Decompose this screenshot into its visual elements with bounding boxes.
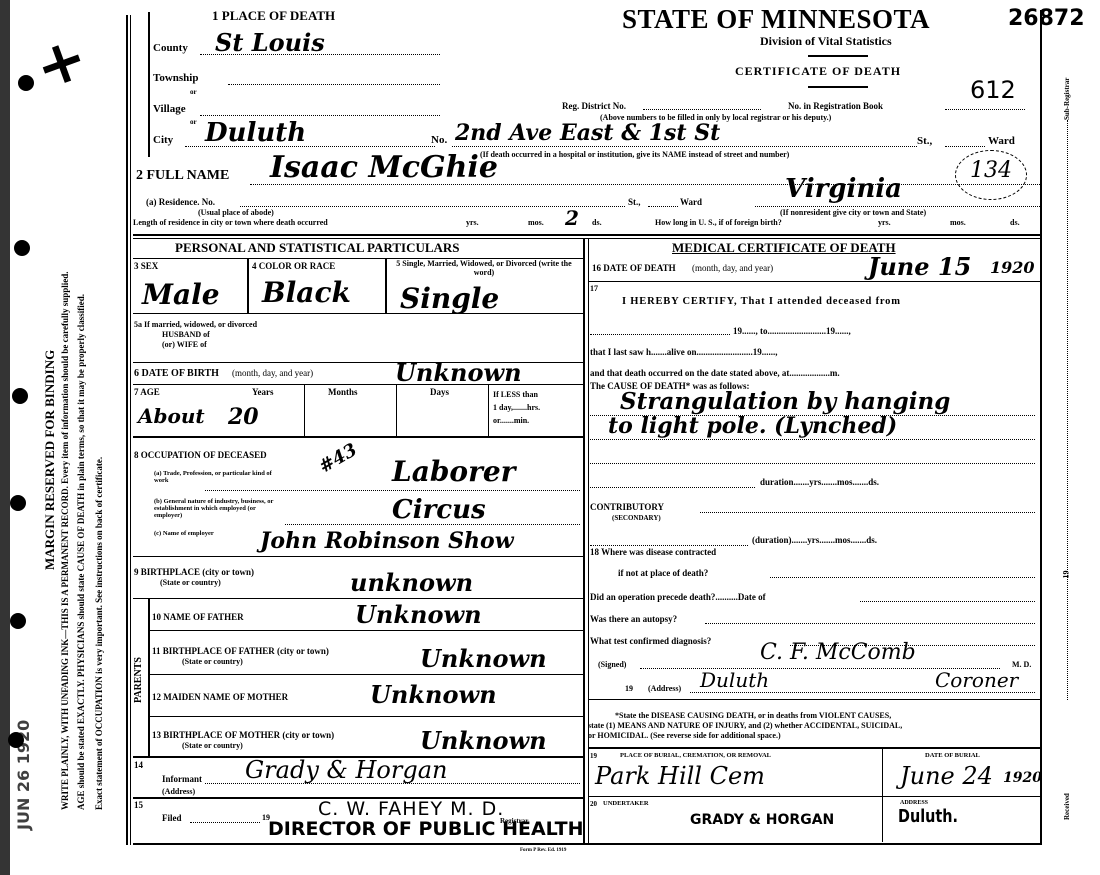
undertaker-address-value[interactable]: Duluth. [898, 806, 958, 827]
contributory-sub: (SECONDARY) [612, 514, 661, 522]
county-value[interactable]: St Louis [215, 28, 325, 57]
occ-b-value[interactable]: Circus [392, 495, 486, 525]
binding-hole [14, 240, 30, 256]
length-ds-label: ds. [592, 218, 602, 227]
mother-birth-sub: (State or country) [182, 741, 243, 750]
birthplace-sub: (State or country) [160, 578, 221, 587]
cause-line-2-rule [590, 439, 1035, 440]
state-title: STATE OF MINNESOTA [622, 4, 930, 35]
where-contracted-label: 18 Where was disease contracted [590, 547, 716, 557]
where-contracted-field[interactable] [770, 577, 1035, 578]
race-label: 4 COLOR OR RACE [252, 261, 335, 271]
sex-label: 3 SEX [134, 261, 158, 271]
divider [133, 556, 583, 557]
age-years-label: Years [252, 387, 274, 397]
divider [589, 796, 1040, 797]
binding-hole [10, 613, 26, 629]
from-to-line: 19......, to..........................19… [733, 326, 851, 336]
mother-name-label: 12 MAIDEN NAME OF MOTHER [152, 692, 288, 702]
residence-label: (a) Residence. No. [146, 197, 215, 207]
contributory-field[interactable] [700, 512, 1035, 513]
residence-ward-label: Ward [680, 197, 702, 207]
duration-2-field[interactable] [590, 545, 748, 546]
item-17-num: 17 [590, 284, 598, 293]
mother-name-value[interactable]: Unknown [370, 680, 497, 709]
cause-line-1[interactable]: Strangulation by hanging [620, 388, 950, 415]
divider [589, 699, 1040, 700]
margin-instruction-3: Exact statement of OCCUPATION is very im… [94, 20, 104, 810]
margin-instruction-2: AGE should be stated EXACTLY. PHYSICIANS… [76, 20, 86, 810]
occ-c-value[interactable]: John Robinson Show [260, 528, 514, 554]
how-long-us-label: How long in U. S., if of foreign birth? [655, 218, 782, 227]
dob-sub: (month, day, and year) [232, 368, 313, 378]
street-st-label: St., [917, 135, 932, 147]
nonresident-note: (If nonresident give city or town and St… [780, 208, 926, 217]
residence-st-label: St., [628, 197, 641, 207]
county-label: County [153, 42, 188, 54]
less-than-3: or.......min. [493, 416, 529, 425]
cause-line-3-rule [590, 463, 1035, 464]
reg-book-field[interactable] [945, 109, 1025, 110]
circled-number: 134 [970, 158, 1012, 183]
spouse-label-1: 5a If married, widowed, or divorced [134, 320, 257, 329]
footnote-3: or HOMICIDAL. (See reverse side for addi… [588, 731, 781, 740]
residence-city-line [755, 206, 1040, 207]
right-margin-line [1067, 120, 1068, 700]
address-value[interactable]: Duluth [700, 668, 769, 692]
divider [148, 674, 583, 675]
burial-date-year[interactable]: 1920 [1003, 770, 1042, 786]
filed-field[interactable] [190, 822, 260, 823]
burial-date-label: DATE OF BURIAL [925, 752, 980, 759]
father-birth-sub: (State or country) [182, 657, 243, 666]
divider [133, 598, 583, 599]
informant-num: 14 [134, 760, 143, 770]
divider [133, 313, 583, 314]
burial-place-label: PLACE OF BURIAL, CREMATION, OR REMOVAL [620, 752, 771, 759]
divider [396, 384, 397, 436]
burial-place-value[interactable]: Park Hill Cem [595, 762, 765, 790]
column-divider-2 [588, 238, 589, 843]
reg-book-label: No. in Registration Book [788, 101, 883, 111]
occupation-label: 8 OCCUPATION OF DECEASED [134, 450, 267, 460]
binding-hole [18, 75, 34, 91]
registrar-label: Registrar [500, 817, 528, 825]
undertaker-label: UNDERTAKER [603, 800, 649, 807]
occupation-note: #43 [315, 439, 360, 477]
usual-abode-note: (Usual place of abode) [198, 208, 274, 217]
father-birth-value[interactable]: Unknown [420, 644, 547, 673]
marital-label: 5 Single, Married, Widowed, or Divorced … [389, 259, 579, 277]
autopsy-label: Was there an autopsy? [590, 614, 677, 624]
age-years-value[interactable]: 20 [228, 404, 259, 430]
divider [133, 436, 583, 438]
occ-a-line [205, 490, 580, 491]
full-name-value[interactable]: Isaac McGhie [270, 150, 498, 185]
operation-date-field[interactable] [860, 601, 1035, 602]
less-than-1: If LESS than [493, 390, 538, 399]
duration-field[interactable] [590, 487, 755, 488]
age-months-label: Months [328, 387, 358, 397]
column-divider [583, 238, 585, 843]
divider [808, 86, 868, 88]
age-label: 7 AGE [134, 387, 160, 397]
burial-num: 19 [590, 752, 597, 760]
coroner-value[interactable]: Coroner [935, 668, 1018, 692]
year-label: 19 [625, 684, 633, 693]
divider [488, 384, 489, 436]
race-value[interactable]: Black [262, 276, 351, 309]
registration-number: 612 [970, 76, 1016, 104]
burial-date-value[interactable]: June 24 [900, 762, 993, 790]
footnote-2: state (1) MEANS AND NATURE OF INJURY, an… [588, 721, 902, 730]
divider [385, 258, 387, 313]
margin-border [126, 15, 128, 845]
footnote-1: *State the DISEASE CAUSING DEATH, or in … [615, 711, 891, 720]
informant-address-label: (Address) [162, 787, 195, 796]
undertaker-value[interactable]: GRADY & HORGAN [690, 812, 834, 828]
received-label: Received [1063, 760, 1071, 820]
reg-district-field[interactable] [643, 109, 761, 110]
less-than-2: 1 day,.......hrs. [493, 403, 540, 412]
father-name-label: 10 NAME OF FATHER [152, 612, 244, 622]
or-label: or [190, 118, 197, 126]
occ-a-label: (a) Trade, Profession, or particular kin… [154, 470, 274, 484]
received-date-stamp: JUN 26 1920 [14, 700, 33, 830]
physician-signature[interactable]: C. F. McComb [760, 640, 916, 665]
township-field[interactable] [228, 84, 440, 85]
length-yrs-label: yrs. [466, 218, 479, 227]
operation-label: Did an operation precede death?.........… [590, 592, 766, 602]
dob-value[interactable]: Unknown [395, 358, 522, 387]
divider [304, 384, 305, 436]
birthplace-value[interactable]: unknown [350, 568, 473, 597]
residence-value[interactable]: Virginia [785, 174, 902, 204]
right-margin-year: 19 [1062, 571, 1071, 579]
mother-birth-value[interactable]: Unknown [420, 726, 547, 755]
father-birth-label: 11 BIRTHPLACE OF FATHER (city or town) [152, 646, 329, 656]
division-subtitle: Division of Vital Statistics [760, 34, 892, 49]
divider [882, 747, 883, 842]
margin-binding-title: MARGIN RESERVED FOR BINDING [42, 300, 58, 620]
occ-b-label: (b) General nature of industry, business… [154, 498, 274, 519]
section-top-border-2 [133, 238, 1040, 239]
street-no-label: No. [431, 134, 447, 146]
dod-year[interactable]: 1920 [990, 258, 1035, 277]
signed-label: (Signed) [598, 660, 626, 669]
village-field[interactable] [200, 115, 440, 116]
duration-2-line: (duration).......yrs.......mos.......ds. [752, 535, 877, 545]
divider [133, 384, 583, 385]
informant-value[interactable]: Grady & Horgan [245, 756, 447, 784]
certify-text: I HEREBY CERTIFY, That I attended deceas… [622, 296, 901, 307]
sub-registrar-label: Sub-Registrar [1063, 40, 1071, 120]
full-name-label: 2 FULL NAME [136, 168, 229, 184]
how-long-ds: ds. [1010, 218, 1020, 227]
street-value[interactable]: 2nd Ave East & 1st St [455, 120, 720, 146]
age-prefix-value[interactable]: About [138, 404, 205, 428]
reg-district-label: Reg. District No. [562, 101, 626, 111]
street-ward-field[interactable] [945, 146, 985, 147]
occ-c-label: (c) Name of employer [154, 530, 214, 537]
village-label: Village [153, 103, 186, 115]
sex-value[interactable]: Male [142, 278, 220, 311]
street-field-line [452, 146, 917, 147]
how-long-yrs: yrs. [878, 218, 891, 227]
certificate-serial-number: 26872 [1008, 6, 1085, 31]
dod-label: 16 DATE OF DEATH [592, 263, 676, 273]
contributory-label: CONTRIBUTORY [590, 502, 664, 512]
divider [808, 55, 868, 57]
test-confirmed-label: What test confirmed diagnosis? [590, 636, 711, 646]
divider [589, 747, 1040, 749]
right-border [1040, 10, 1042, 845]
registrar-stamp: C. W. FAHEY M. D. [318, 798, 504, 820]
length-mos-label: mos. [528, 218, 544, 227]
parents-divider [148, 598, 150, 758]
medical-heading: MEDICAL CERTIFICATE OF DEATH [672, 240, 896, 256]
dod-value[interactable]: June 15 [868, 252, 971, 281]
left-margin: + MARGIN RESERVED FOR BINDING WRITE PLAI… [0, 0, 130, 875]
divider [148, 630, 583, 631]
bottom-border [133, 843, 1040, 845]
hospital-note: (If death occurred in a hospital or inst… [480, 150, 789, 159]
last-saw-line: that I last saw h.......alive on........… [590, 347, 778, 357]
or-label: or [190, 88, 197, 96]
filed-label: Filed [162, 813, 182, 823]
place-box-border [148, 12, 150, 157]
binding-hole [10, 495, 26, 511]
dod-sub: (month, day, and year) [692, 263, 773, 273]
length-mos-value[interactable]: 2 [565, 206, 579, 230]
divider [148, 716, 583, 717]
length-residence-label: Length of residence in city or town wher… [133, 218, 328, 227]
from-date-field[interactable] [590, 334, 730, 335]
informant-label: Informant [162, 774, 202, 784]
address-line [690, 692, 1035, 693]
occ-a-value[interactable]: Laborer [392, 455, 515, 488]
binding-hole [12, 388, 28, 404]
spouse-label-3: (or) WIFE of [162, 340, 207, 349]
marital-value[interactable]: Single [400, 282, 499, 315]
city-label: City [153, 134, 173, 146]
autopsy-field[interactable] [705, 623, 1035, 624]
township-label: Township [153, 72, 198, 84]
mother-birth-label: 13 BIRTHPLACE OF MOTHER (city or town) [152, 730, 334, 740]
printer-note: Form P Rev. Ed. 1919 [520, 848, 566, 853]
margin-border-inner [130, 15, 131, 845]
section-top-border [133, 234, 1040, 236]
address-label: (Address) [648, 684, 681, 693]
residence-ward-field[interactable] [648, 206, 678, 207]
certificate-title: CERTIFICATE OF DEATH [735, 64, 901, 79]
margin-instruction-1: WRITE PLAINLY, WITH UNFADING INK—THIS IS… [60, 20, 70, 810]
how-long-mos: mos. [950, 218, 966, 227]
if-not-place-label: if not at place of death? [618, 568, 708, 578]
cause-line-2[interactable]: to light pole. (Lynched) [608, 413, 897, 439]
dob-label: 6 DATE OF BIRTH [134, 368, 219, 379]
divider [589, 281, 1040, 282]
place-of-death-heading: 1 PLACE OF DEATH [212, 8, 335, 24]
age-days-label: Days [430, 387, 449, 397]
death-occurred-line: and that death occurred on the date stat… [590, 368, 840, 378]
undertaker-num: 20 [590, 800, 597, 808]
duration-line: duration.......yrs.......mos.......ds. [760, 477, 879, 487]
filed-num: 15 [134, 800, 143, 810]
divider [247, 258, 249, 313]
birthplace-label: 9 BIRTHPLACE (city or town) [134, 567, 254, 577]
street-ward-label: Ward [988, 135, 1015, 147]
city-value[interactable]: Duluth [205, 118, 306, 148]
registrar-title: DIRECTOR OF PUBLIC HEALTH [268, 818, 583, 840]
personal-heading: PERSONAL AND STATISTICAL PARTICULARS [175, 240, 460, 256]
father-name-value[interactable]: Unknown [355, 600, 482, 629]
parents-side-label: PARENTS [133, 640, 144, 720]
spouse-label-2: HUSBAND of [162, 330, 210, 339]
